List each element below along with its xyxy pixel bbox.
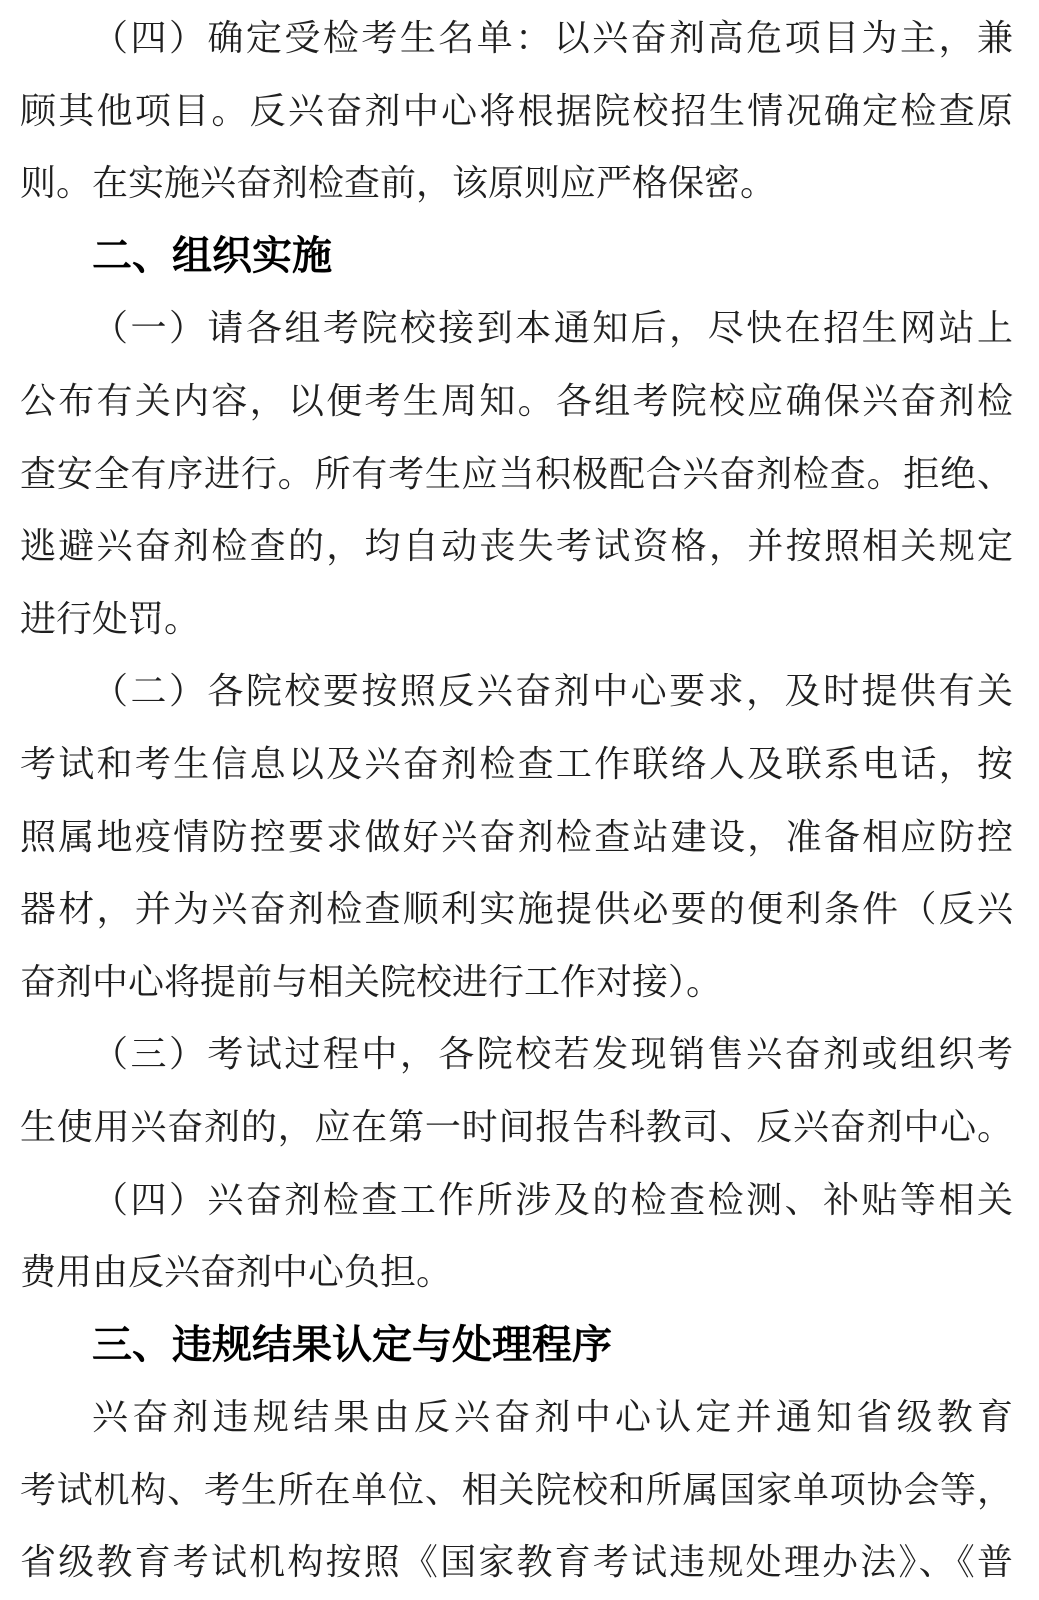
- text-line: 逃避兴奋剂检查的，均自动丧失考试资格，并按照相关规定: [20, 510, 1013, 583]
- text-line: 生使用兴奋剂的，应在第一时间报告科教司、反兴奋剂中心。: [20, 1091, 1013, 1164]
- text-line: 则。在实施兴奋剂检查前，该原则应严格保密。: [20, 147, 1013, 220]
- text-line: 进行处罚。: [20, 583, 1013, 656]
- document-page: （四）确定受检考生名单：以兴奋剂高危项目为主，兼 顾其他项目。反兴奋剂中心将根据…: [0, 0, 1039, 1600]
- text-line: 查安全有序进行。所有考生应当积极配合兴奋剂检查。拒绝、: [20, 438, 1013, 511]
- text-line: 兴奋剂违规结果由反兴奋剂中心认定并通知省级教育: [20, 1381, 1013, 1454]
- text-line: 考试和考生信息以及兴奋剂检查工作联络人及联系电话，按: [20, 728, 1013, 801]
- text-line: 器材，并为兴奋剂检查顺利实施提供必要的便利条件（反兴: [20, 873, 1013, 946]
- text-line: 照属地疫情防控要求做好兴奋剂检查站建设，准备相应防控: [20, 801, 1013, 874]
- text-line: （四）确定受检考生名单：以兴奋剂高危项目为主，兼: [20, 2, 1013, 75]
- text-line: （四）兴奋剂检查工作所涉及的检查检测、补贴等相关: [20, 1164, 1013, 1237]
- section-heading: 二、组织实施: [20, 220, 1013, 293]
- text-line: 公布有关内容，以便考生周知。各组考院校应确保兴奋剂检: [20, 365, 1013, 438]
- text-line: 考试机构、考生所在单位、相关院校和所属国家单项协会等，: [20, 1454, 1013, 1527]
- text-line: （三）考试过程中，各院校若发现销售兴奋剂或组织考: [20, 1018, 1013, 1091]
- text-line: 省级教育考试机构按照《国家教育考试违规处理办法》、《普: [20, 1526, 1013, 1599]
- text-line: 奋剂中心将提前与相关院校进行工作对接）。: [20, 946, 1013, 1019]
- section-heading: 三、违规结果认定与处理程序: [20, 1309, 1013, 1382]
- text-line: 费用由反兴奋剂中心负担。: [20, 1236, 1013, 1309]
- text-line: 顾其他项目。反兴奋剂中心将根据院校招生情况确定检查原: [20, 75, 1013, 148]
- text-line: （一）请各组考院校接到本通知后，尽快在招生网站上: [20, 292, 1013, 365]
- text-line: （二）各院校要按照反兴奋剂中心要求，及时提供有关: [20, 655, 1013, 728]
